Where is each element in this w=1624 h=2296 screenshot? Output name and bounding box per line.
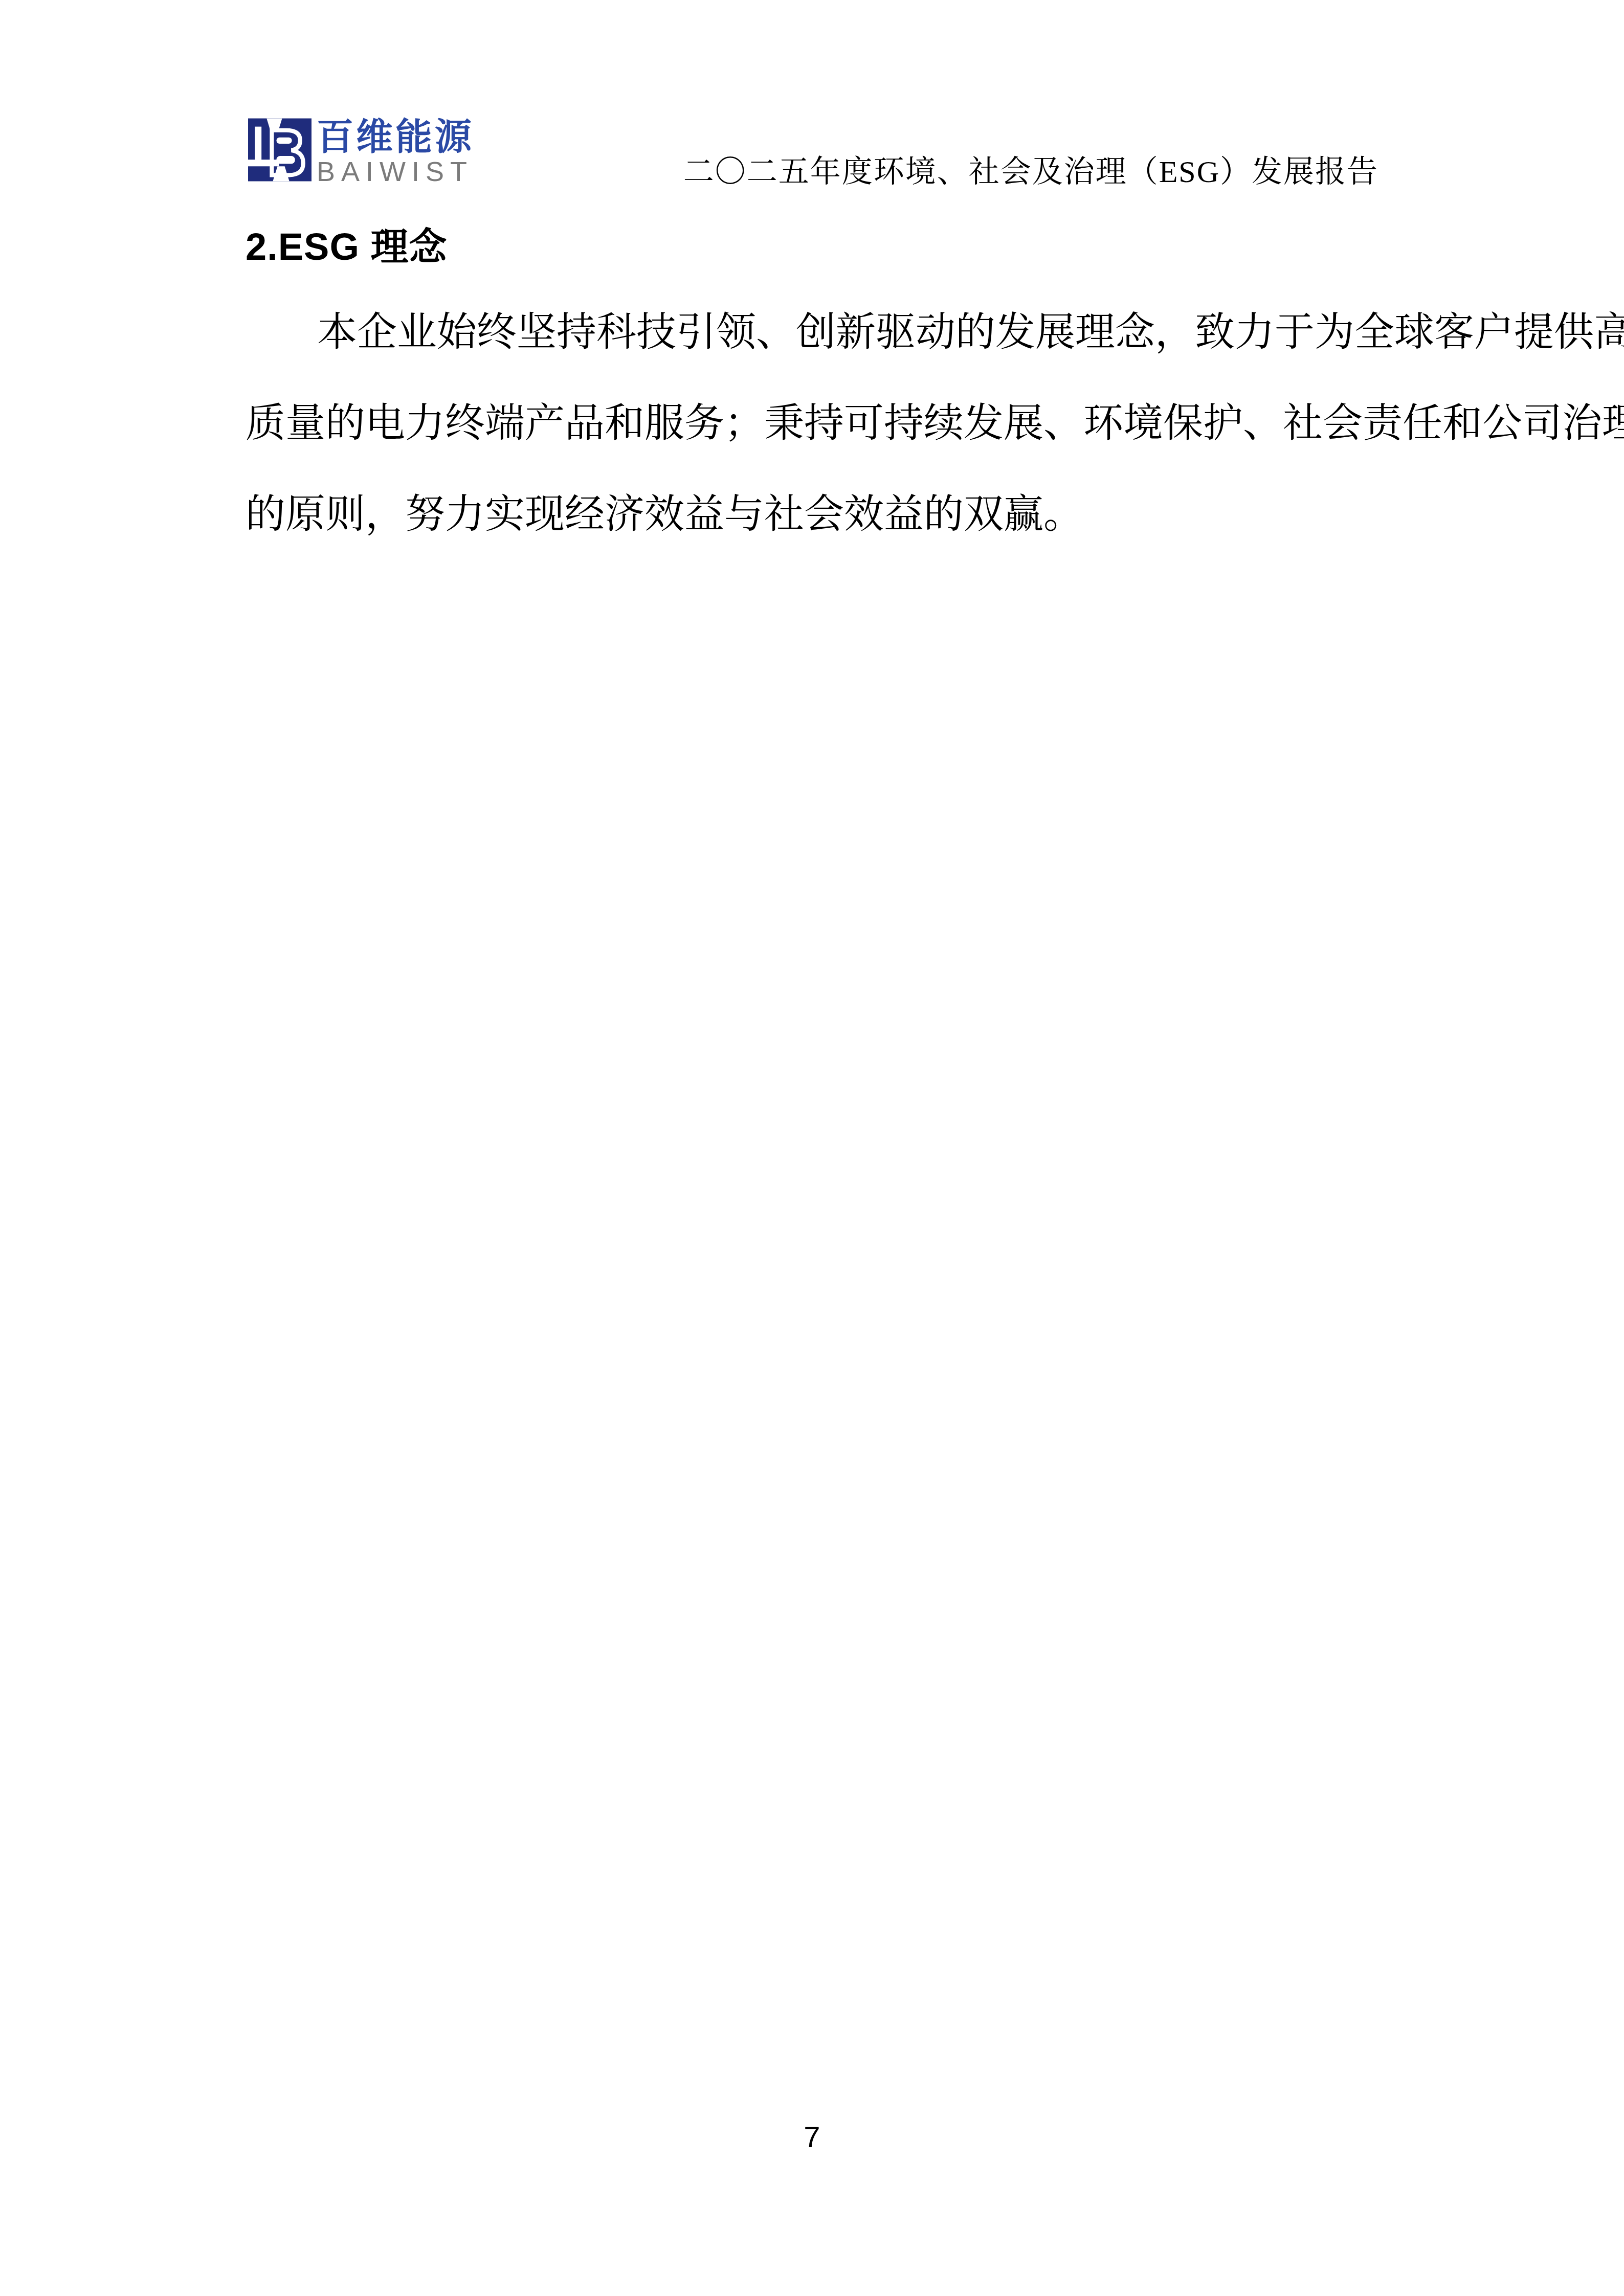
paragraph-line: 本企业始终坚持科技引领、创新驱动的发展理念，致力于为全球客户提供高 [246, 286, 1389, 377]
logo-company-name-en: BAIWIST [317, 157, 474, 186]
company-logo: 百维能源 BAIWIST [248, 118, 474, 186]
paragraph-line: 的原则，努力实现经济效益与社会效益的双赢。 [246, 468, 1389, 559]
section-heading: 2.ESG 理念 [246, 227, 448, 267]
document-page: 百维能源 BAIWIST 二〇二五年度环境、社会及治理（ESG）发展报告 2.E… [0, 0, 1624, 2296]
page-footer: 7 [0, 2121, 1624, 2154]
baiwist-logo-icon [248, 118, 312, 182]
paragraph: 本企业始终坚持科技引领、创新驱动的发展理念，致力于为全球客户提供高 质量的电力终… [246, 286, 1389, 559]
logo-company-name-cn: 百维能源 [317, 118, 474, 156]
logo-text: 百维能源 BAIWIST [317, 118, 474, 186]
page-number: 7 [804, 2121, 820, 2154]
paragraph-line: 质量的电力终端产品和服务；秉持可持续发展、环境保护、社会责任和公司治理 [246, 377, 1389, 468]
report-title: 二〇二五年度环境、社会及治理（ESG）发展报告 [683, 154, 1378, 189]
